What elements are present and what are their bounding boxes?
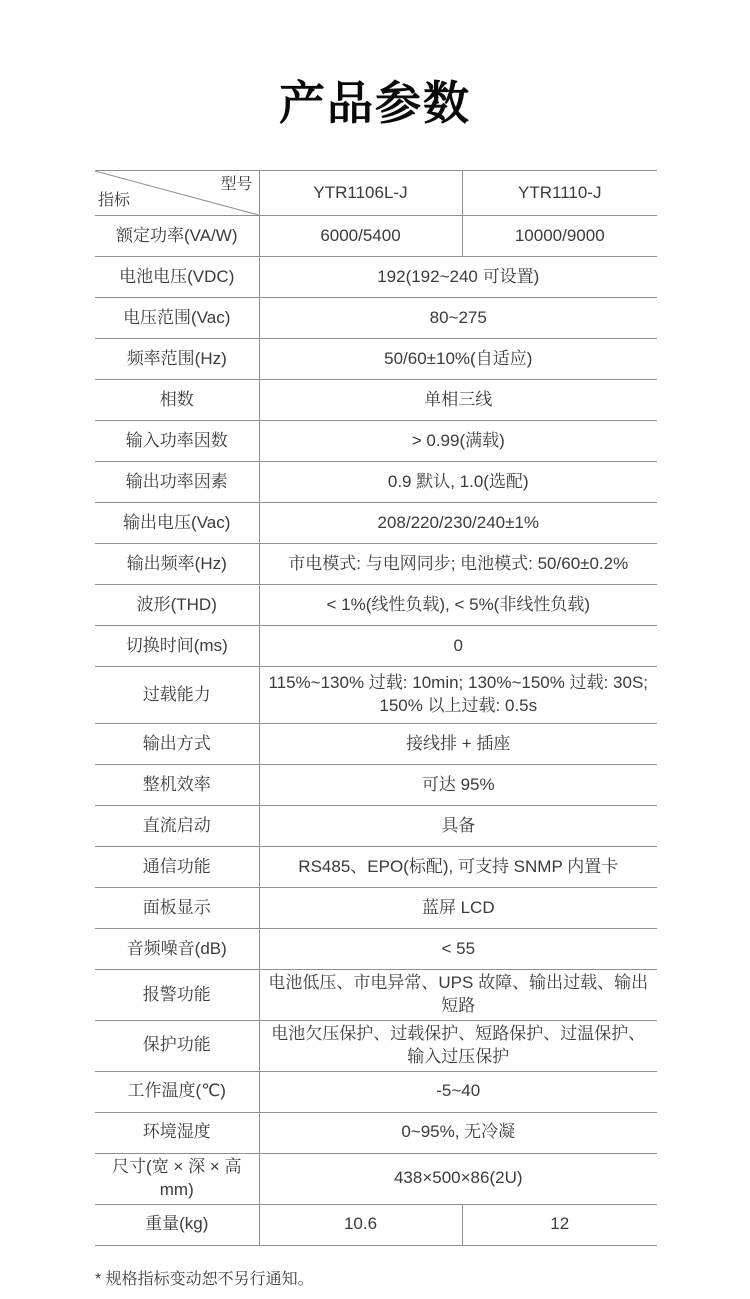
- row-label: 直流启动: [95, 806, 259, 847]
- row-value: 电池低压、市电异常、UPS 故障、输出过载、输出短路: [259, 970, 657, 1021]
- row-value: 单相三线: [259, 380, 657, 421]
- row-label: 输出电压(Vac): [95, 503, 259, 544]
- row-value: 115%~130% 过载: 10min; 130%~150% 过载: 30S; …: [259, 667, 657, 724]
- row-label: 输出功率因素: [95, 462, 259, 503]
- row-value: < 55: [259, 929, 657, 970]
- row-label: 波形(THD): [95, 585, 259, 626]
- row-weight: 重量(kg) 10.6 12: [95, 1204, 657, 1245]
- page-title: 产品参数: [0, 0, 750, 134]
- spec-table: 型号 指标 YTR1106L-J YTR1110-J 额定功率(VA/W) 60…: [95, 170, 657, 1246]
- row-value: RS485、EPO(标配), 可支持 SNMP 内置卡: [259, 847, 657, 888]
- row-value: 0.9 默认, 1.0(选配): [259, 462, 657, 503]
- row-value: 可达 95%: [259, 765, 657, 806]
- row-label: 报警功能: [95, 970, 259, 1021]
- row-efficiency: 整机效率 可达 95%: [95, 765, 657, 806]
- row-value-model2: 12: [462, 1204, 657, 1245]
- row-value: 80~275: [259, 298, 657, 339]
- footnote-disclaimer: * 规格指标变动恕不另行通知。: [95, 1266, 750, 1289]
- row-panel-display: 面板显示 蓝屏 LCD: [95, 888, 657, 929]
- row-value-model1: 10.6: [259, 1204, 462, 1245]
- row-value: 208/220/230/240±1%: [259, 503, 657, 544]
- model-name-2: YTR1110-J: [462, 171, 657, 216]
- row-value-model1: 6000/5400: [259, 216, 462, 257]
- row-value: 市电模式: 与电网同步; 电池模式: 50/60±0.2%: [259, 544, 657, 585]
- row-label: 保护功能: [95, 1020, 259, 1071]
- row-label: 面板显示: [95, 888, 259, 929]
- row-value: > 0.99(满载): [259, 421, 657, 462]
- row-dimensions: 尺寸(宽 × 深 × 高 mm) 438×500×86(2U): [95, 1153, 657, 1204]
- corner-label-model: 型号: [220, 174, 252, 196]
- row-output-method: 输出方式 接线排 + 插座: [95, 724, 657, 765]
- row-voltage-range: 电压范围(Vac) 80~275: [95, 298, 657, 339]
- row-label: 额定功率(VA/W): [95, 216, 259, 257]
- row-dc-start: 直流启动 具备: [95, 806, 657, 847]
- row-value-model2: 10000/9000: [462, 216, 657, 257]
- row-alarm-functions: 报警功能 电池低压、市电异常、UPS 故障、输出过载、输出短路: [95, 970, 657, 1021]
- row-label: 电压范围(Vac): [95, 298, 259, 339]
- row-value: 蓝屏 LCD: [259, 888, 657, 929]
- row-waveform-thd: 波形(THD) < 1%(线性负载), < 5%(非线性负载): [95, 585, 657, 626]
- row-label: 通信功能: [95, 847, 259, 888]
- header-corner-cell: 型号 指标: [95, 171, 259, 216]
- row-output-voltage: 输出电压(Vac) 208/220/230/240±1%: [95, 503, 657, 544]
- row-label: 过载能力: [95, 667, 259, 724]
- row-value: -5~40: [259, 1071, 657, 1112]
- row-value: 192(192~240 可设置): [259, 257, 657, 298]
- row-label: 重量(kg): [95, 1204, 259, 1245]
- row-value: 0: [259, 626, 657, 667]
- row-label: 相数: [95, 380, 259, 421]
- row-label: 输出频率(Hz): [95, 544, 259, 585]
- row-label: 输出方式: [95, 724, 259, 765]
- row-label: 整机效率: [95, 765, 259, 806]
- row-protection-functions: 保护功能 电池欠压保护、过载保护、短路保护、过温保护、输入过压保护: [95, 1020, 657, 1071]
- row-label: 输入功率因数: [95, 421, 259, 462]
- row-output-frequency: 输出频率(Hz) 市电模式: 与电网同步; 电池模式: 50/60±0.2%: [95, 544, 657, 585]
- row-operating-temperature: 工作温度(℃) -5~40: [95, 1071, 657, 1112]
- row-battery-voltage: 电池电压(VDC) 192(192~240 可设置): [95, 257, 657, 298]
- spec-sheet-page: 产品参数 型号 指标 YTR1106L-J YTR1110-J 额定功率(VA/…: [0, 0, 750, 1299]
- row-value: 电池欠压保护、过载保护、短路保护、过温保护、输入过压保护: [259, 1020, 657, 1071]
- row-value: < 1%(线性负载), < 5%(非线性负载): [259, 585, 657, 626]
- row-communication: 通信功能 RS485、EPO(标配), 可支持 SNMP 内置卡: [95, 847, 657, 888]
- model-name-1: YTR1106L-J: [259, 171, 462, 216]
- corner-label-indicator: 指标: [98, 190, 130, 212]
- row-humidity: 环境湿度 0~95%, 无冷凝: [95, 1112, 657, 1153]
- row-value: 具备: [259, 806, 657, 847]
- row-value: 50/60±10%(自适应): [259, 339, 657, 380]
- row-frequency-range: 频率范围(Hz) 50/60±10%(自适应): [95, 339, 657, 380]
- row-value: 接线排 + 插座: [259, 724, 657, 765]
- row-value: 438×500×86(2U): [259, 1153, 657, 1204]
- table-header-row: 型号 指标 YTR1106L-J YTR1110-J: [95, 171, 657, 216]
- row-audible-noise: 音频噪音(dB) < 55: [95, 929, 657, 970]
- row-phase: 相数 单相三线: [95, 380, 657, 421]
- row-output-power-factor: 输出功率因素 0.9 默认, 1.0(选配): [95, 462, 657, 503]
- row-value: 0~95%, 无冷凝: [259, 1112, 657, 1153]
- row-label: 尺寸(宽 × 深 × 高 mm): [95, 1153, 259, 1204]
- row-label: 工作温度(℃): [95, 1071, 259, 1112]
- row-input-power-factor: 输入功率因数 > 0.99(满载): [95, 421, 657, 462]
- row-rated-power: 额定功率(VA/W) 6000/5400 10000/9000: [95, 216, 657, 257]
- row-label: 环境湿度: [95, 1112, 259, 1153]
- row-label: 音频噪音(dB): [95, 929, 259, 970]
- row-label: 频率范围(Hz): [95, 339, 259, 380]
- row-overload-capacity: 过载能力 115%~130% 过载: 10min; 130%~150% 过载: …: [95, 667, 657, 724]
- row-label: 电池电压(VDC): [95, 257, 259, 298]
- row-label: 切换时间(ms): [95, 626, 259, 667]
- row-transfer-time: 切换时间(ms) 0: [95, 626, 657, 667]
